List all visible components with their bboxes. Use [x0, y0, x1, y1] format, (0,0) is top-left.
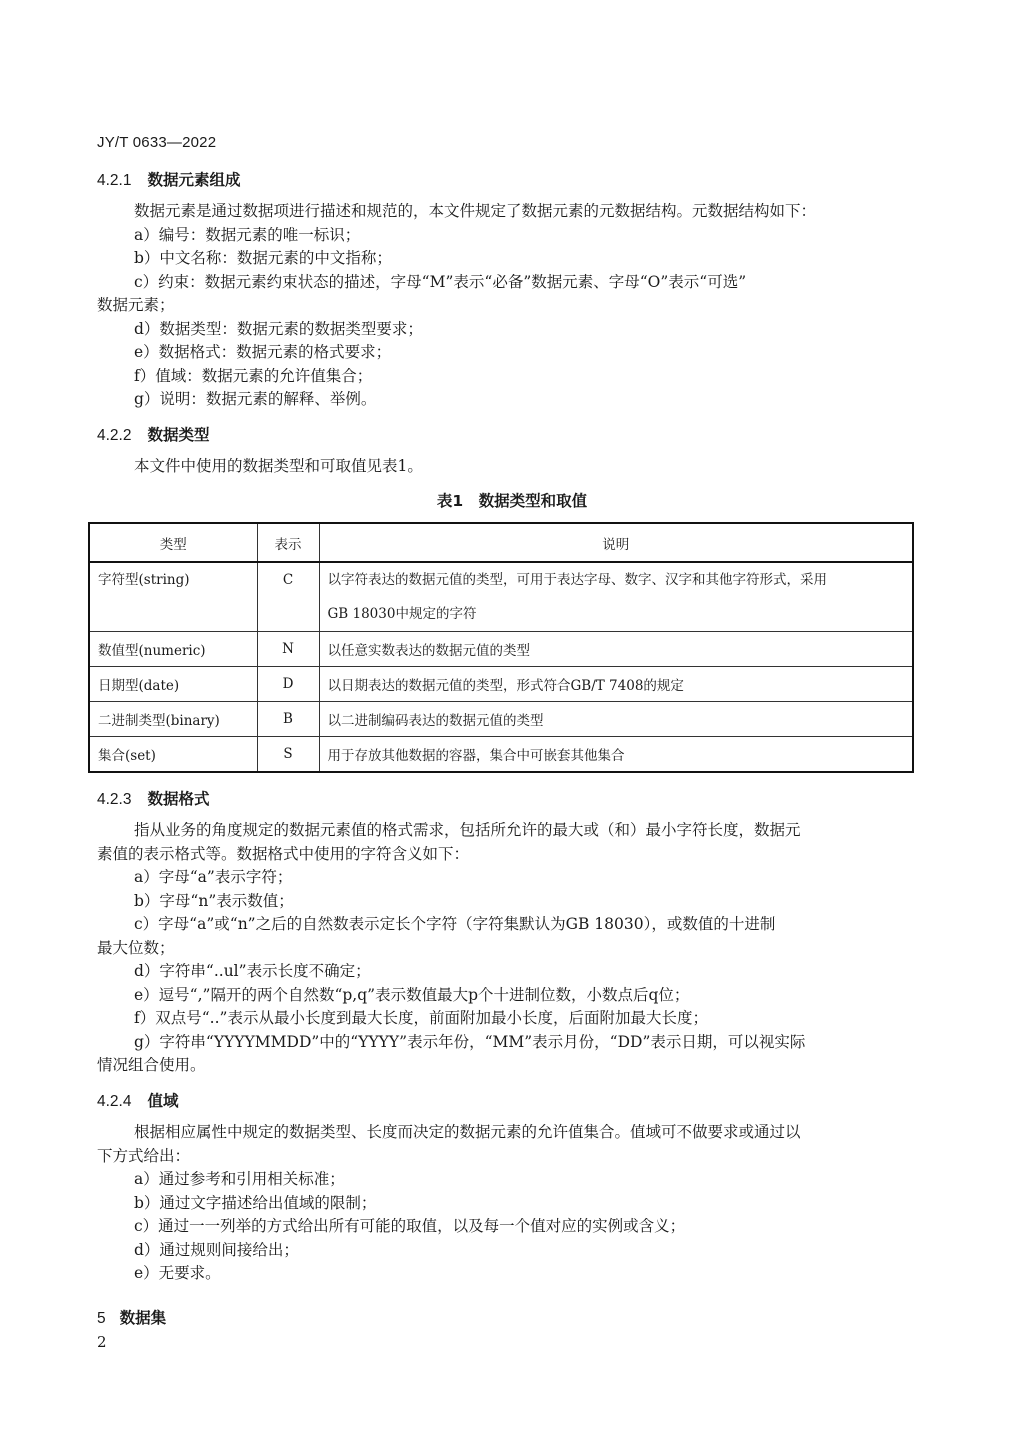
- list-item-continuation: 情况组合使用。: [97, 1054, 206, 1078]
- paragraph-intro: 指从业务的角度规定的数据元素值的格式需求，包括所允许的最大或（和）最小字符长度，…: [134, 819, 801, 843]
- table-row: 字符型(string) C 以字符表达的数据元值的类型，可用于表达字母、数字、汉…: [89, 562, 913, 632]
- cell-code: D: [257, 667, 319, 702]
- description-line: GB 18030中规定的字符: [328, 597, 905, 631]
- list-item: c）约束：数据元素约束状态的描述，字母“M”表示“必备”数据元素、字母“O”表示…: [134, 271, 746, 295]
- table-caption: 表1 数据类型和取值: [0, 489, 1024, 511]
- list-item: d）数据类型：数据元素的数据类型要求；: [134, 318, 423, 342]
- heading-5: 5数据集: [97, 1306, 166, 1328]
- table-row: 日期型(date) D 以日期表达的数据元值的类型，形式符合GB/T 7408的…: [89, 667, 913, 702]
- cell-type: 日期型(date): [89, 667, 257, 702]
- data-types-table: 类型 表示 说明 字符型(string) C 以字符表达的数据元值的类型，可用于…: [88, 522, 914, 773]
- page-number: 2: [97, 1333, 107, 1351]
- table-row: 二进制类型(binary) B 以二进制编码表达的数据元值的类型: [89, 702, 913, 737]
- cell-type: 字符型(string): [89, 562, 257, 632]
- heading-4-2-2: 4.2.2数据类型: [97, 423, 210, 445]
- heading-title: 数据类型: [147, 426, 209, 444]
- list-item: d）通过规则间接给出；: [134, 1239, 299, 1263]
- list-item: f）值域：数据元素的允许值集合；: [134, 365, 372, 389]
- list-item: e）无要求。: [134, 1262, 221, 1286]
- heading-4-2-1: 4.2.1数据元素组成: [97, 168, 241, 190]
- heading-title: 数据格式: [147, 790, 209, 808]
- heading-title: 数据集: [120, 1309, 167, 1327]
- column-header-description: 说明: [319, 523, 913, 562]
- cell-type: 集合(set): [89, 737, 257, 773]
- list-item: c）字母“a”或“n”之后的自然数表示定长个字符（字符集默认为GB 18030）…: [134, 913, 775, 937]
- description-line: 以字符表达的数据元值的类型，可用于表达字母、数字、汉字和其他字符形式，采用: [328, 563, 905, 597]
- heading-number: 4.2.3: [97, 791, 131, 808]
- paragraph-intro-continuation: 下方式给出：: [97, 1145, 190, 1169]
- heading-number: 4.2.1: [97, 172, 131, 189]
- list-item: b）通过文字描述给出值域的限制；: [134, 1192, 376, 1216]
- list-item: g）字符串“YYYYMMDD”中的“YYYY”表示年份，“MM”表示月份，“DD…: [134, 1031, 805, 1055]
- list-item: a）编号：数据元素的唯一标识；: [134, 224, 360, 248]
- column-header-type: 类型: [89, 523, 257, 562]
- list-item-continuation: 最大位数；: [97, 937, 175, 961]
- paragraph-intro: 数据元素是通过数据项进行描述和规范的，本文件规定了数据元素的元数据结构。元数据结…: [134, 200, 816, 224]
- cell-description: 用于存放其他数据的容器，集合中可嵌套其他集合: [319, 737, 913, 773]
- heading-4-2-4: 4.2.4值域: [97, 1089, 179, 1111]
- list-item: f）双点号“..”表示从最小长度到最大长度，前面附加最小长度，后面附加最大长度；: [134, 1007, 708, 1031]
- list-item: d）字符串“..ul”表示长度不确定；: [134, 960, 371, 984]
- standard-code: JY/T 0633—2022: [97, 134, 216, 151]
- cell-description: 以二进制编码表达的数据元值的类型: [319, 702, 913, 737]
- column-header-code: 表示: [257, 523, 319, 562]
- list-item: a）通过参考和引用相关标准；: [134, 1168, 345, 1192]
- list-item: e）逗号“,”隔开的两个自然数“p,q”表示数值最大p个十进制位数，小数点后q位…: [134, 984, 689, 1008]
- cell-code: N: [257, 632, 319, 667]
- heading-number: 5: [97, 1310, 106, 1327]
- cell-description: 以任意实数表达的数据元值的类型: [319, 632, 913, 667]
- paragraph-intro: 根据相应属性中规定的数据类型、长度而决定的数据元素的允许值集合。值域可不做要求或…: [134, 1121, 801, 1145]
- heading-number: 4.2.2: [97, 427, 131, 444]
- list-item: b）中文名称：数据元素的中文指称；: [134, 247, 392, 271]
- cell-description: 以日期表达的数据元值的类型，形式符合GB/T 7408的规定: [319, 667, 913, 702]
- cell-description: 以字符表达的数据元值的类型，可用于表达字母、数字、汉字和其他字符形式，采用 GB…: [319, 562, 913, 632]
- cell-type: 数值型(numeric): [89, 632, 257, 667]
- paragraph-intro-continuation: 素值的表示格式等。数据格式中使用的字符含义如下：: [97, 843, 469, 867]
- heading-title: 值域: [147, 1092, 178, 1110]
- table-row: 集合(set) S 用于存放其他数据的容器，集合中可嵌套其他集合: [89, 737, 913, 773]
- list-item: c）通过一一列举的方式给出所有可能的取值，以及每一个值对应的实例或含义；: [134, 1215, 685, 1239]
- cell-code: S: [257, 737, 319, 773]
- heading-title: 数据元素组成: [147, 171, 240, 189]
- cell-code: C: [257, 562, 319, 632]
- list-item: e）数据格式：数据元素的格式要求；: [134, 341, 391, 365]
- heading-4-2-3: 4.2.3数据格式: [97, 787, 210, 809]
- heading-number: 4.2.4: [97, 1093, 131, 1110]
- table-row: 数值型(numeric) N 以任意实数表达的数据元值的类型: [89, 632, 913, 667]
- list-item-continuation: 数据元素；: [97, 294, 175, 318]
- table-header-row: 类型 表示 说明: [89, 523, 913, 562]
- cell-code: B: [257, 702, 319, 737]
- list-item: g）说明：数据元素的解释、举例。: [134, 388, 376, 412]
- paragraph-intro: 本文件中使用的数据类型和可取值见表1。: [134, 455, 423, 479]
- cell-type: 二进制类型(binary): [89, 702, 257, 737]
- list-item: a）字母“a”表示字符；: [134, 866, 292, 890]
- list-item: b）字母“n”表示数值；: [134, 890, 294, 914]
